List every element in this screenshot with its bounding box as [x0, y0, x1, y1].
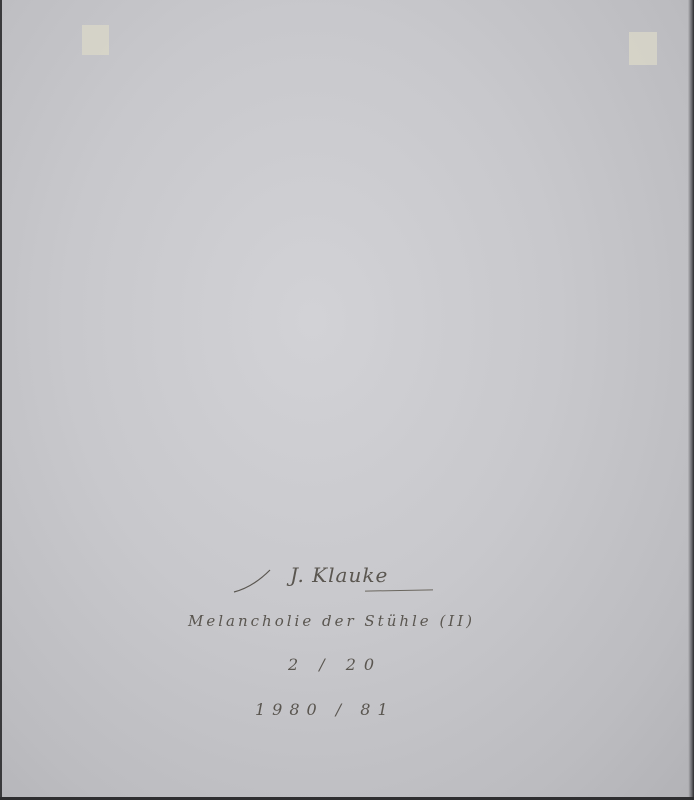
edition-number: 2 / 20	[288, 655, 382, 674]
left-edge-border	[0, 0, 2, 800]
signature: J. Klauke	[290, 563, 388, 587]
artwork-title: Melancholie der Stühle (II)	[188, 612, 475, 630]
tape-mark-top-left	[82, 25, 109, 55]
paper-sheet: J. Klauke Melancholie der Stühle (II) 2 …	[0, 0, 694, 800]
tape-mark-top-right	[629, 32, 657, 65]
signature-initial-stroke	[232, 568, 272, 594]
artwork-date: 1980 / 81	[255, 700, 395, 719]
signature-underline	[365, 589, 433, 591]
right-edge-border	[688, 0, 694, 800]
